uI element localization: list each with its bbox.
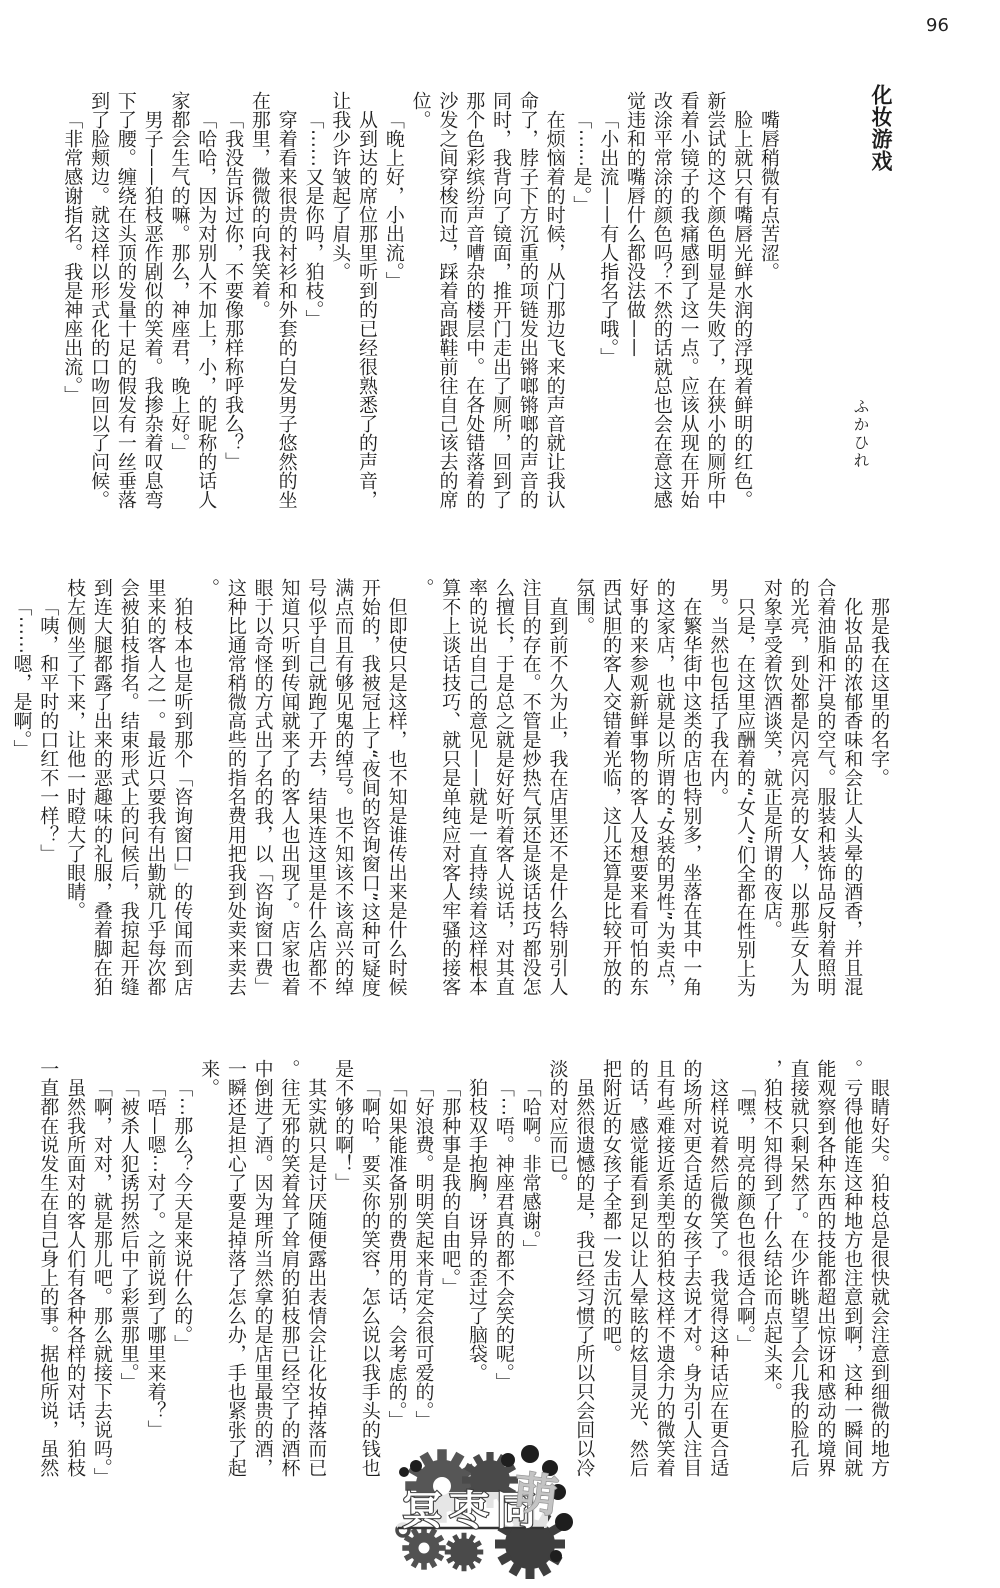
paragraph: 「被杀人犯诱拐然后中了彩票那里。」 bbox=[115, 1059, 142, 1478]
paragraph: 「那种事是我的自由吧。」 bbox=[436, 1059, 463, 1478]
paragraph: 「⋯⋯又是你吗，狛枝。」 bbox=[300, 91, 327, 510]
watermark-graphic: 冥枣同 萌 bbox=[390, 1444, 575, 1586]
paragraph: 但即使只是这样，也不知是谁传出来是什么时候开始的，我被冠上了“夜间的咨询窗口”这… bbox=[195, 578, 409, 997]
paragraph: 「咦，和平时的口红不一样？」 bbox=[35, 578, 62, 997]
author-name: ふかひれ bbox=[849, 398, 872, 470]
paragraph: 化妆品的浓郁香味和会让人头晕的酒香，并且混合着油脂和汗臭的空气。服装和装饰品反射… bbox=[758, 578, 865, 997]
watermark-text-accent: 萌 bbox=[512, 1468, 561, 1523]
paragraph: 「小出流——有人指名了哦。」 bbox=[594, 91, 621, 510]
paragraph: 那是我在这里的名字。 bbox=[865, 578, 892, 997]
paragraph: 虽然很遗憾的是，我已经习惯了所以只会回以冷淡的对应而已。 bbox=[544, 1059, 598, 1478]
paragraph: 「好浪费。明明笑起来肯定会很可爱的。」 bbox=[410, 1059, 437, 1478]
paragraph: 「我没告诉过你，不要像那样称呼我么？」 bbox=[219, 91, 246, 510]
paragraph: 「⋯唔。神座君真的都不会笑的呢。」 bbox=[490, 1059, 517, 1478]
paragraph: 「⋯⋯嗯，是啊。」 bbox=[8, 578, 35, 997]
paragraph: 「嘿，明亮的颜色也很适合啊。」 bbox=[731, 1059, 758, 1478]
paragraph: 穿着看来很贵的衬衫和外套的白发男子悠然的坐在那里，微微的向我笑着。 bbox=[246, 91, 300, 510]
paragraph: 眼睛好尖。狛枝总是很快就会注意到细微的地方。亏得他能连这种地方也注意到啊，这种一… bbox=[758, 1059, 892, 1478]
paragraph: 这样说着然后微笑了。我觉得这种话应在更合适的场所对更合适的女孩子去说才对。身为引… bbox=[597, 1059, 731, 1478]
paragraph: 狛枝本也是听到那个「咨询窗口」的传闻而到店里来的客人之一。最近只要我有出勤就几乎… bbox=[61, 578, 195, 997]
paragraph: 「非常感谢指名。我是神座出流。」 bbox=[58, 91, 85, 510]
paragraph: 在烦恼着的时候，从门那边飞来的声音就让我认命了，脖子下方沉重的项链发出锵啷锵啷的… bbox=[407, 91, 568, 510]
paragraph: 其实就只是讨厌随便露出表情会让化妆掉落而已。往无邪的笑着耸了耸肩的狛枝那已经空了… bbox=[195, 1059, 329, 1478]
paragraph: 「晚上好，小出流。」 bbox=[380, 91, 407, 510]
paragraph: 直到前不久为止，我在店里还不是什么特别引人注目的存在。不管是炒热气氛还是谈话技巧… bbox=[410, 578, 571, 997]
paragraph: 「啊，对对，就是那儿吧。那么就接下去说吗。」 bbox=[88, 1059, 115, 1478]
paragraph: 「⋯⋯是。」 bbox=[568, 91, 595, 510]
page-title: 化妆游戏 bbox=[866, 84, 896, 172]
text-block-middle: 那是我在这里的名字。化妆品的浓郁香味和会让人头晕的酒香，并且混合着油脂和汗臭的空… bbox=[8, 578, 892, 997]
paragraph: 「⋯那么？今天是来说什么的。」 bbox=[168, 1059, 195, 1478]
paragraph: 「哈啊。非常感谢。」 bbox=[517, 1059, 544, 1478]
text-block-opening: 嘴唇稍微有点苦涩。脸上就只有嘴唇光鲜水润的浮现着鲜明的红色。新尝试的这个颜色明显… bbox=[58, 91, 782, 510]
paragraph: 狛枝双手抱胸，讶异的歪过了脑袋。 bbox=[463, 1059, 490, 1478]
paragraph: 只是，在这里应酬着的“女人”们全都在性别上为男。当然也包括了我在内。 bbox=[704, 578, 758, 997]
paragraph: 男子——狛枝恶作剧似的笑着。我掺杂着叹息弯下了腰。缠绕在头顶的发量十足的假发有一… bbox=[85, 91, 165, 510]
paragraph: 虽然我所面对的客人们有各种各样的对话，狛枝一直都在说发生在自己身上的事。据他所说… bbox=[35, 1059, 89, 1478]
paragraph: 从到达的席位那里听到的已经很熟悉了的声音，让我少许皱起了眉头。 bbox=[326, 91, 380, 510]
paragraph: 嘴唇稍微有点苦涩。 bbox=[755, 91, 782, 510]
paragraph: 「唔—嗯⋯对了。之前说到了哪里来着？」 bbox=[142, 1059, 169, 1478]
paragraph: 在繁华街中这类的店也特别多，坐落在其中一角的这家店，也就是以所谓的“女装的男性”… bbox=[570, 578, 704, 997]
scanlation-watermark: 冥枣同 萌 bbox=[390, 1444, 575, 1586]
text-block-bottom: 眼睛好尖。狛枝总是很快就会注意到细微的地方。亏得他能连这种地方也注意到啊，这种一… bbox=[35, 1059, 893, 1478]
page-number: 96 bbox=[926, 15, 949, 36]
paragraph: 脸上就只有嘴唇光鲜水润的浮现着鲜明的红色。新尝试的这个颜色明显是失败了，在狭小的… bbox=[621, 91, 755, 510]
paragraph: 「啊哈，要买你的笑容，怎么说以我手头的钱也是不够的啊！」 bbox=[329, 1059, 383, 1478]
paragraph: 「哈哈，因为对别人不加上，小，的昵称的话人家都会生气的嘛。那么，神座君，晚上好。… bbox=[166, 91, 220, 510]
paragraph: 「如果能准备别的费用的话，会考虑的。」 bbox=[383, 1059, 410, 1478]
